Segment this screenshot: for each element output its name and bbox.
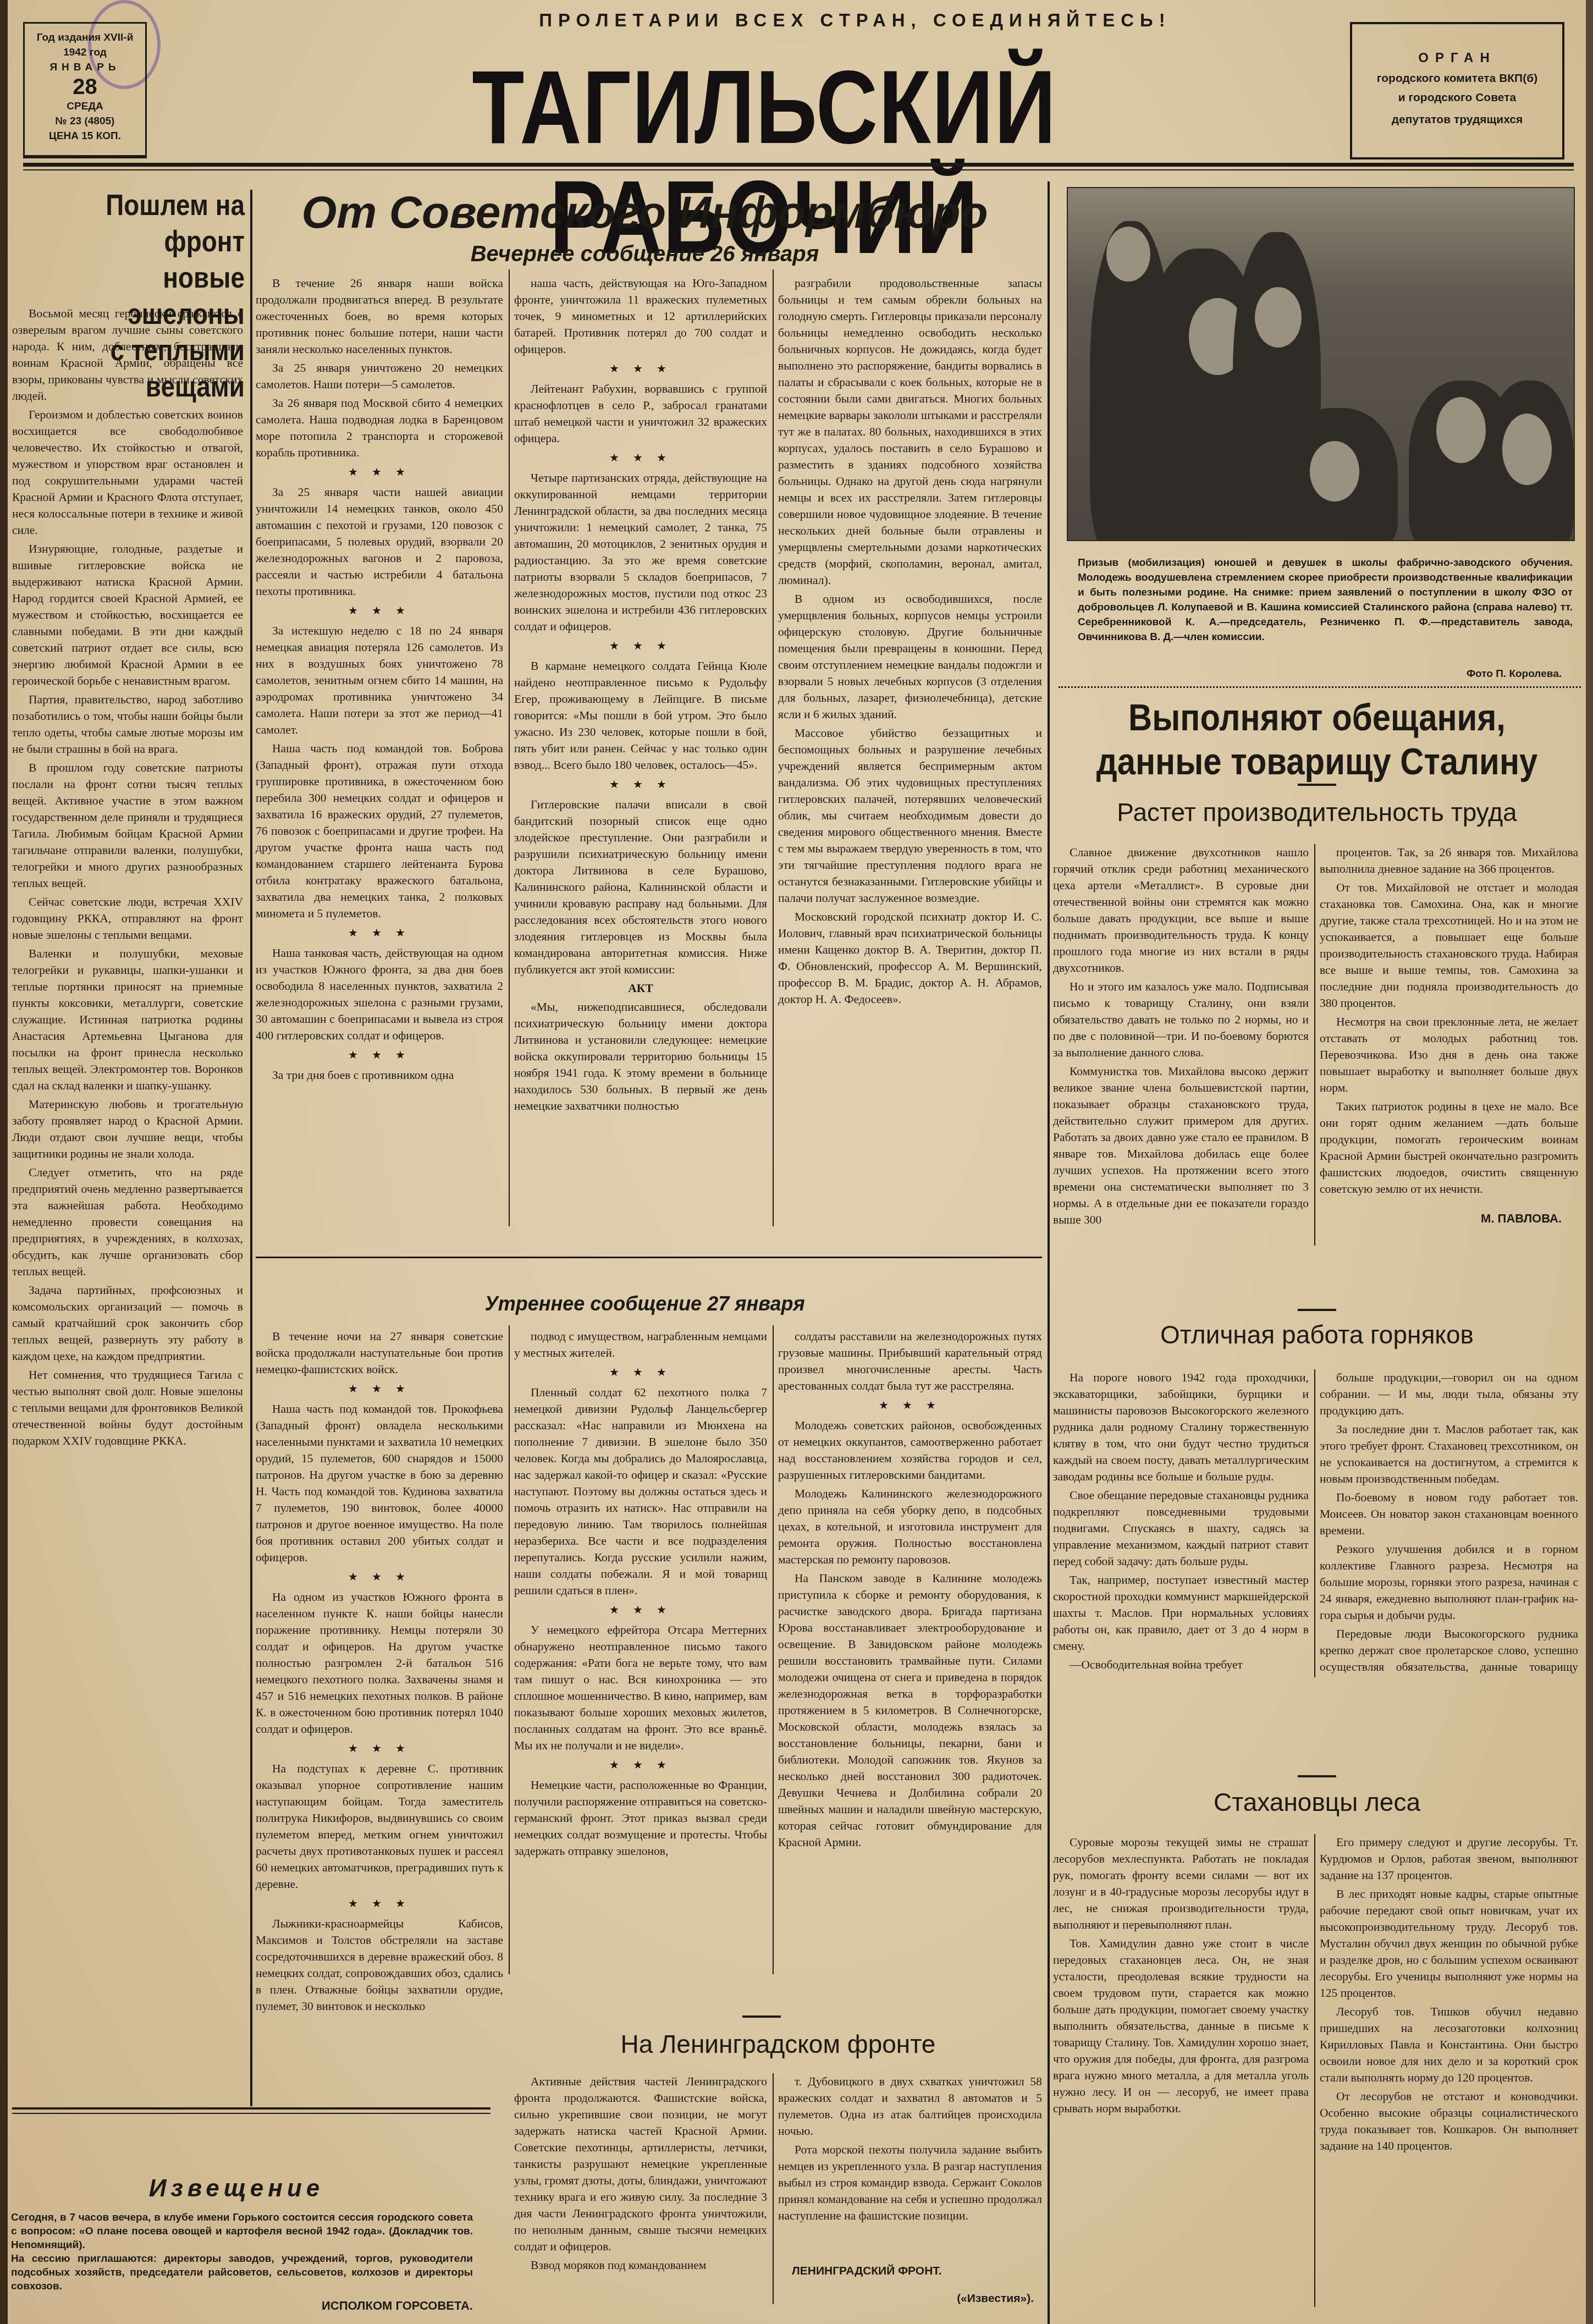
- stars-separator: ★ ★ ★: [256, 925, 503, 941]
- photo-fzo-commission: [1067, 187, 1575, 541]
- masthead-rule: [23, 163, 1574, 167]
- paragraph: т. Дубовицкого в двух схватках уничтожил…: [778, 2073, 1042, 2139]
- morning-report-title: Утреннее сообщение 27 января: [245, 1292, 1045, 1315]
- paragraph: Партия, правительство, народ заботливо п…: [12, 691, 243, 757]
- notice-body: Сегодня, в 7 часов вечера, в клубе имени…: [11, 2211, 473, 2293]
- paragraph: На пороге нового 1942 года проходчики, э…: [1053, 1369, 1309, 1485]
- paragraph: Задача партийных, профсоюзных и комсомол…: [12, 1282, 243, 1364]
- month: ЯНВАРЬ: [25, 60, 145, 75]
- paragraph: Резкого улучшения добился и в горном кол…: [1320, 1541, 1578, 1623]
- paragraph: Изнуряющие, голодные, раздетые и вшивые …: [12, 541, 243, 689]
- paragraph: Четыре партизанских отряда, действующие …: [514, 470, 767, 635]
- photo-face: [1310, 441, 1359, 502]
- short-divider: [1298, 1309, 1336, 1311]
- paragraph: В одном из освободившихся, после умерщвл…: [778, 591, 1042, 723]
- productivity-col-1: Славное движение двухсотников нашло горя…: [1053, 844, 1309, 1246]
- paragraph: Московский городской психиатр доктор И. …: [778, 908, 1042, 1007]
- issue-number: № 23 (4805): [25, 114, 145, 129]
- stars-separator: ★ ★ ★: [778, 1397, 1042, 1414]
- leningrad-col-1: Активные действия частей Ленинградского …: [514, 2073, 767, 2304]
- day: 28: [25, 75, 145, 99]
- paragraph: Наша танковая часть, действующая на одно…: [256, 945, 503, 1044]
- column-rule: [1314, 1369, 1315, 1677]
- paragraph: Лыжники-красноармейцы Кабисов, Максимов …: [256, 1915, 503, 2014]
- paragraph: Активные действия частей Ленинградского …: [514, 2073, 767, 2255]
- stars-separator: ★ ★ ★: [514, 1757, 767, 1774]
- paragraph: «Мы, нижеподписавшиеся, обследовали псих…: [514, 999, 767, 1114]
- short-divider: [1298, 784, 1336, 786]
- paragraph: Коммунистка тов. Михайлова высоко держит…: [1053, 1063, 1309, 1228]
- paragraph: По-боевому в новом году работает тов. Мо…: [1320, 1489, 1578, 1539]
- stars-separator: ★ ★ ★: [514, 450, 767, 466]
- paragraph: Массовое убийство беззащитных и беспомощ…: [778, 725, 1042, 906]
- sovinformburo-title: От Советского Информбюро: [245, 187, 1045, 239]
- leningrad-title: На Ленинградском фронте: [514, 2029, 1042, 2059]
- productivity-col-2: процентов. Так, за 26 января тов. Михайл…: [1320, 844, 1578, 1207]
- year: 1942 год: [25, 45, 145, 60]
- organ-line: и городского Совета: [1352, 87, 1562, 109]
- column-rule: [1314, 844, 1315, 1246]
- column-rule: [250, 190, 252, 2106]
- photo-face: [1255, 287, 1302, 348]
- paragraph: За истекшую неделю с 18 по 24 января нем…: [256, 623, 503, 738]
- column-rule: [509, 1325, 510, 1974]
- notice-title: Извещение: [121, 2175, 352, 2202]
- paragraph: Валенки и полушубки, меховые телогрейки …: [12, 945, 243, 1094]
- notice-paragraph: Сегодня, в 7 часов вечера, в клубе имени…: [11, 2211, 473, 2252]
- paragraph: Взвод моряков под командованием: [514, 2257, 767, 2273]
- paragraph: От тов. Михайловой не отстает и молодая …: [1320, 879, 1578, 1011]
- organ-box: ОРГАН городского комитета ВКП(б) и город…: [1350, 22, 1564, 159]
- paragraph: Несмотря на свои преклонные лета, не жел…: [1320, 1014, 1578, 1096]
- promises-headline: Выполняют обещания, данные товарищу Стал…: [1085, 696, 1550, 784]
- act-heading: АКТ: [514, 980, 767, 996]
- headline-line: Пошлем на фронт: [46, 187, 245, 260]
- paragraph: За 25 января части нашей авиации уничтож…: [256, 484, 503, 599]
- organ-line: городского комитета ВКП(б): [1352, 70, 1562, 87]
- evening-col-1: В течение 26 января наши войска продолжа…: [256, 275, 503, 1254]
- stars-separator: ★ ★ ★: [256, 464, 503, 481]
- left-article-body: Восьмой месяц героически сражаются с озв…: [12, 305, 243, 2103]
- short-divider: [1298, 1775, 1336, 1777]
- headline-line: Выполняют обещания,: [1085, 696, 1550, 740]
- stars-separator: ★ ★ ★: [256, 1381, 503, 1397]
- photo-credit: Фото П. Королева.: [1331, 668, 1562, 680]
- productivity-title: Растет производительность труда: [1053, 797, 1581, 827]
- paragraph: Лесоруб тов. Тишков обучил недавно прише…: [1320, 2003, 1578, 2086]
- notice-paragraph: На сессию приглашаются: директоры заводо…: [11, 2252, 473, 2293]
- stars-separator: ★ ★ ★: [514, 1364, 767, 1381]
- paragraph: Суровые морозы текущей зимы не страшат л…: [1053, 1834, 1309, 1933]
- photo-caption: Призыв (мобилизация) юношей и девушек в …: [1078, 555, 1573, 645]
- paragraph: От лесорубов не отстают и коноводчики. О…: [1320, 2088, 1578, 2154]
- paragraph: Рота морской пехоты получила задание выб…: [778, 2141, 1042, 2224]
- paragraph: наша часть, действующая на Юго-Западном …: [514, 275, 767, 357]
- column-rule: [1314, 1834, 1315, 2307]
- paragraph: Героизмом и доблестью советских воинов в…: [12, 406, 243, 538]
- wavy-divider: [1059, 682, 1581, 688]
- forest-col-2: Его примеру следуют и другие лесорубы. Т…: [1320, 1834, 1578, 2318]
- slogan: ПРОЛЕТАРИИ ВСЕХ СТРАН, СОЕДИНЯЙТЕСЬ!: [454, 10, 1256, 31]
- paragraph: На подступах к деревне С. противник оказ…: [256, 1760, 503, 1892]
- photo-face: [1106, 227, 1150, 282]
- column-rule: [773, 1325, 774, 1974]
- paragraph: Так, например, поступает известный масте…: [1053, 1572, 1309, 1654]
- paragraph: В течение ночи на 27 января советские во…: [256, 1328, 503, 1378]
- organ-heading: ОРГАН: [1352, 46, 1562, 70]
- short-divider: [742, 2015, 781, 2018]
- paragraph: Его примеру следуют и другие лесорубы. Т…: [1320, 1834, 1578, 1884]
- stars-separator: ★ ★ ★: [514, 776, 767, 793]
- morning-col-3: солдаты расставили на железнодорожных пу…: [778, 1328, 1042, 1977]
- leningrad-source: («Известия»).: [902, 2292, 1034, 2305]
- section-rule-thin: [12, 2113, 490, 2114]
- organ-line: депутатов трудящихся: [1352, 109, 1562, 131]
- paragraph: Сейчас советские люди, встречая XXIV год…: [12, 894, 243, 943]
- paragraph: За 25 января уничтожено 20 немецких само…: [256, 360, 503, 393]
- paragraph: Но и этого им казалось уже мало. Подписы…: [1053, 978, 1309, 1061]
- stars-separator: ★ ★ ★: [514, 638, 767, 654]
- stars-separator: ★ ★ ★: [256, 1569, 503, 1585]
- leningrad-signature: ЛЕНИНГРАДСКИЙ ФРОНТ.: [792, 2265, 1012, 2278]
- paragraph: Лейтенант Рабухин, ворвавшись с группой …: [514, 381, 767, 447]
- paragraph: Следует отметить, что на ряде предприяти…: [12, 1164, 243, 1280]
- morning-col-1: В течение ночи на 27 января советские во…: [256, 1328, 503, 2109]
- evening-col-2: наша часть, действующая на Юго-Западном …: [514, 275, 767, 1254]
- notice-signature: ИСПОЛКОМ ГОРСОВЕТА.: [286, 2299, 473, 2313]
- paragraph: Нет сомнения, что трудящиеся Тагила с че…: [12, 1367, 243, 1449]
- paragraph: Материнскую любовь и трогательную заботу…: [12, 1096, 243, 1162]
- forest-title: Стахановцы леса: [1053, 1787, 1581, 1817]
- paper-edge-left: [0, 0, 8, 2324]
- paragraph: За последние дни т. Маслов работает так,…: [1320, 1421, 1578, 1487]
- column-rule: [1048, 181, 1050, 2324]
- paragraph: —Освободительная война требует: [1053, 1656, 1309, 1673]
- paragraph: Восьмой месяц героически сражаются с озв…: [12, 305, 243, 404]
- paragraph: В течение 26 января наши войска продолжа…: [256, 275, 503, 357]
- stars-separator: ★ ★ ★: [256, 1741, 503, 1757]
- paragraph: солдаты расставили на железнодорожных пу…: [778, 1328, 1042, 1394]
- evening-report-title: Вечернее сообщение 26 января: [245, 242, 1045, 267]
- paragraph: В лес приходят новые кадры, старые опытн…: [1320, 1886, 1578, 2001]
- paragraph: Гитлеровские палачи вписали в свой банди…: [514, 796, 767, 978]
- stars-separator: ★ ★ ★: [256, 603, 503, 619]
- paragraph: В прошлом году советские патриоты послал…: [12, 759, 243, 891]
- forest-col-1: Суровые морозы текущей зимы не страшат л…: [1053, 1834, 1309, 2318]
- price: ЦЕНА 15 КОП.: [25, 129, 145, 144]
- masthead-rule-thin: [23, 169, 1574, 170]
- weekday: СРЕДА: [25, 99, 145, 114]
- stars-separator: ★ ★ ★: [514, 361, 767, 377]
- miners-title: Отличная работа горняков: [1053, 1320, 1581, 1350]
- paragraph: За 26 января под Москвой сбито 4 немецки…: [256, 395, 503, 461]
- paragraph: На Панском заводе в Калинине молодежь пр…: [778, 1570, 1042, 1851]
- paragraph: больше продукции,—говорил он на одном со…: [1320, 1369, 1578, 1419]
- paragraph: Молодежь советских районов, освобожденны…: [778, 1417, 1042, 1483]
- stars-separator: ★ ★ ★: [256, 1896, 503, 1912]
- paragraph: У немецкого ефрейтора Отсара Меттерних о…: [514, 1622, 767, 1754]
- paragraph: Немецкие части, расположенные во Франции…: [514, 1777, 767, 1859]
- newspaper-title: ТАГИЛЬСКИЙ РАБОЧИЙ: [350, 52, 1179, 272]
- stars-separator: ★ ★ ★: [256, 1047, 503, 1064]
- paragraph: Славное движение двухсотников нашло горя…: [1053, 844, 1309, 976]
- paragraph: подвод с имуществом, награбленным немцам…: [514, 1328, 767, 1361]
- paragraph: На одном из участков Южного фронта в нас…: [256, 1589, 503, 1737]
- morning-col-2: подвод с имуществом, награбленным немцам…: [514, 1328, 767, 1977]
- paragraph: В кармане немецкого солдата Гейнца Кюле …: [514, 658, 767, 773]
- leningrad-col-2: т. Дубовицкого в двух схватках уничтожил…: [778, 2073, 1042, 2255]
- paragraph: процентов. Так, за 26 января тов. Михайл…: [1320, 844, 1578, 877]
- paragraph: Таких патриоток родины в цехе не мало. В…: [1320, 1098, 1578, 1197]
- paragraph: Передовые люди Высокогорского рудника кр…: [1320, 1626, 1578, 1677]
- paragraph: Свое обещание передовые стахановцы рудни…: [1053, 1487, 1309, 1569]
- paragraph: Тов. Хамидулин давно уже стоит в числе п…: [1053, 1935, 1309, 2117]
- issue-info-box: Год издания XVII-й 1942 год ЯНВАРЬ 28 СР…: [23, 22, 147, 158]
- evening-col-3: разграбили продовольственные запасы боль…: [778, 275, 1042, 1254]
- miners-col-1: На пороге нового 1942 года проходчики, э…: [1053, 1369, 1309, 1677]
- paragraph: Молодежь Калининского железнодорожного д…: [778, 1485, 1042, 1568]
- paragraph: Пленный солдат 62 пехотного полка 7 неме…: [514, 1384, 767, 1599]
- paragraph: разграбили продовольственные запасы боль…: [778, 275, 1042, 588]
- section-rule: [256, 1257, 1042, 1258]
- photo-face: [1436, 397, 1486, 463]
- miners-col-2: больше продукции,—говорил он на одном со…: [1320, 1369, 1578, 1677]
- column-rule: [773, 2073, 774, 2304]
- edition-year: Год издания XVII-й: [25, 30, 145, 45]
- productivity-signature: М. ПАВЛОВА.: [1375, 1211, 1562, 1226]
- photo-face: [1502, 414, 1552, 485]
- paper-edge-right: [1586, 0, 1593, 2324]
- paragraph: За три дня боев с противником одна: [256, 1067, 503, 1083]
- paragraph: Наша часть под командой тов. Прокофьева …: [256, 1401, 503, 1566]
- paragraph: Наша часть под командой тов. Боброва (За…: [256, 740, 503, 922]
- column-rule: [509, 269, 510, 1226]
- headline-line: данные товарищу Сталину: [1085, 740, 1550, 784]
- stars-separator: ★ ★ ★: [514, 1602, 767, 1618]
- column-rule: [773, 269, 774, 1226]
